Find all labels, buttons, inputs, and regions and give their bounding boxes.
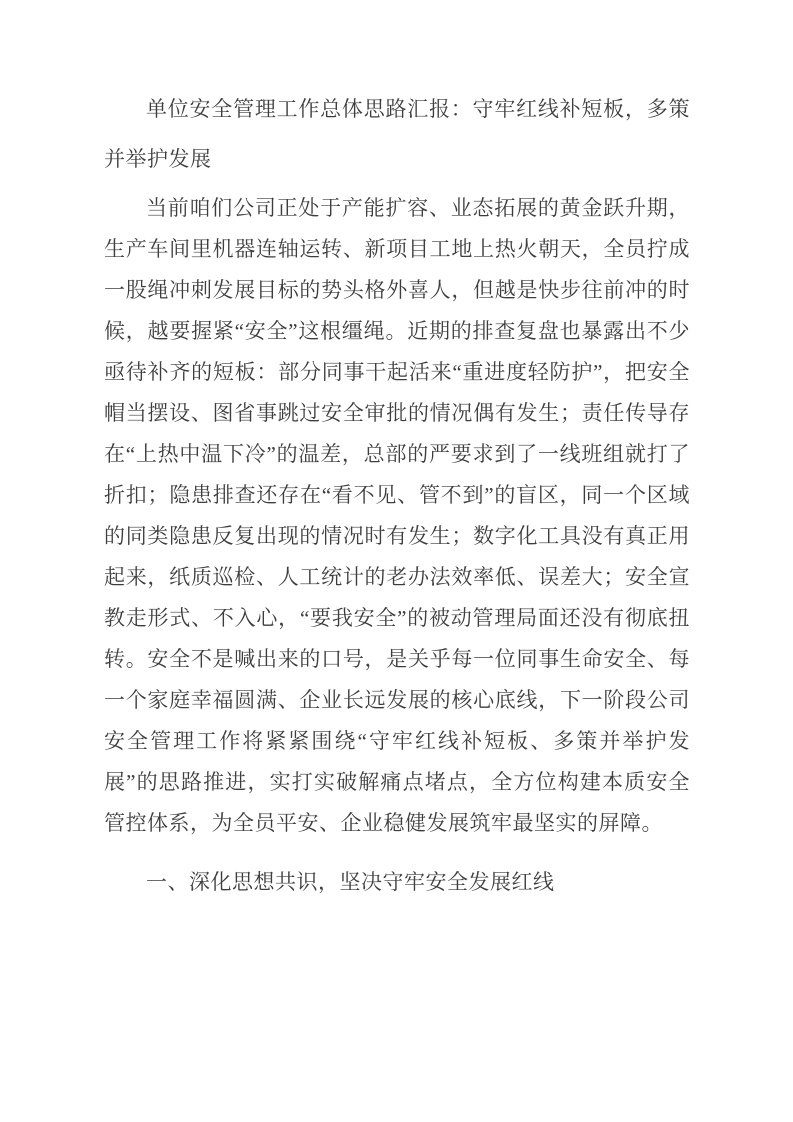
document-title: 单位安全管理工作总体思路汇报：守牢红线补短板，多策并举护发展: [104, 84, 690, 184]
body-paragraph: 当前咱们公司正处于产能扩容、业态拓展的黄金跃升期，生产车间里机器连轴运转、新项目…: [104, 188, 690, 844]
section-heading-1: 一、深化思想共识，坚决守牢安全发展红线: [104, 862, 690, 903]
document-page: 单位安全管理工作总体思路汇报：守牢红线补短板，多策并举护发展 当前咱们公司正处于…: [0, 0, 793, 1122]
